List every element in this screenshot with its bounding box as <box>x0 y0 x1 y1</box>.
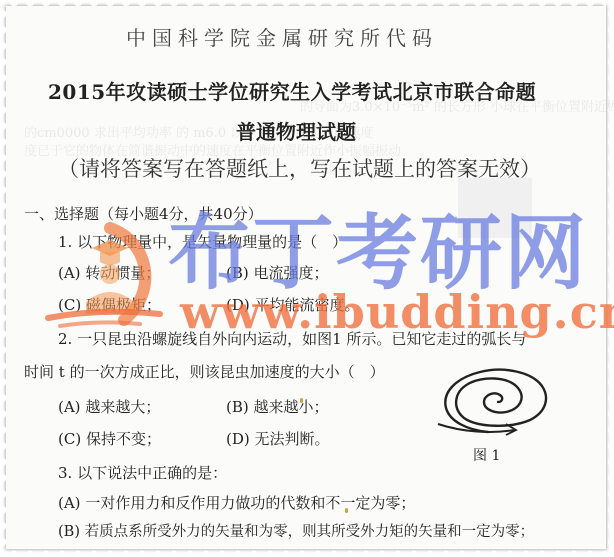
q3-option-b: (B) 若质点系所受外力的矢量和为零，则其所受外力矩的矢量和一定为零； <box>58 520 534 541</box>
figure-caption: 图 1 <box>473 445 500 465</box>
question-stem: 以下说法中正确的是： <box>77 464 227 482</box>
exam-title: 2015年攻读硕士学位研究生入学考试北京市联合命题 <box>48 76 536 105</box>
option-text: 无法判断。 <box>255 430 330 448</box>
watermark-url: www.ibudding.cn <box>180 289 614 335</box>
option-text: 越来越小； <box>254 398 329 416</box>
q2-option-c: (C) 保持不变； <box>58 428 161 449</box>
q2-option-d: (D) 无法判断。 <box>226 428 330 449</box>
question-2-continued: 时间 t 的一次方成正比，则该昆虫加速度的大小（ ） <box>24 361 385 382</box>
question-3: 3. 以下说法中正确的是： <box>58 462 227 483</box>
option-label: (A) <box>58 494 81 512</box>
q2-option-b: (B) 越来越小； <box>226 396 329 417</box>
scan-speck <box>300 398 303 403</box>
question-number: 2. <box>58 330 72 348</box>
graduate-cap-logo-icon <box>40 222 170 332</box>
handwritten-header: 中国科学院金属研究所代码 <box>126 22 438 51</box>
exam-subtitle: 普通物理试题 <box>236 116 356 145</box>
option-label: (B) <box>58 524 80 540</box>
exam-page: 的导面为3.0×10⁻⁵m² 的长方形 小球在平衡位置附近做简谐振动 求其振动周… <box>0 0 614 557</box>
q3-option-a: (A) 一对作用力和反作用力做功的代数和不一定为零； <box>58 492 415 513</box>
q2-option-a: (A) 越来越大； <box>58 396 160 417</box>
spiral-figure <box>432 368 562 448</box>
option-label: (D) <box>226 430 250 448</box>
answer-notice: （请将答案写在答题纸上，写在试题上的答案无效） <box>58 153 541 183</box>
option-text: 若质点系所受外力的矢量和为零，则其所受外力矩的矢量和一定为零； <box>85 524 535 540</box>
option-text: 保持不变； <box>86 430 161 448</box>
option-label: (A) <box>58 398 81 416</box>
option-label: (B) <box>226 398 249 416</box>
question-number: 3. <box>58 464 72 482</box>
watermark-brand: 布丁考研网 <box>168 213 588 295</box>
scan-speck <box>345 508 348 513</box>
option-label: (C) <box>58 430 81 448</box>
option-text: 越来越大； <box>85 398 160 416</box>
option-text: 一对作用力和反作用力做功的代数和不一定为零； <box>85 494 415 512</box>
